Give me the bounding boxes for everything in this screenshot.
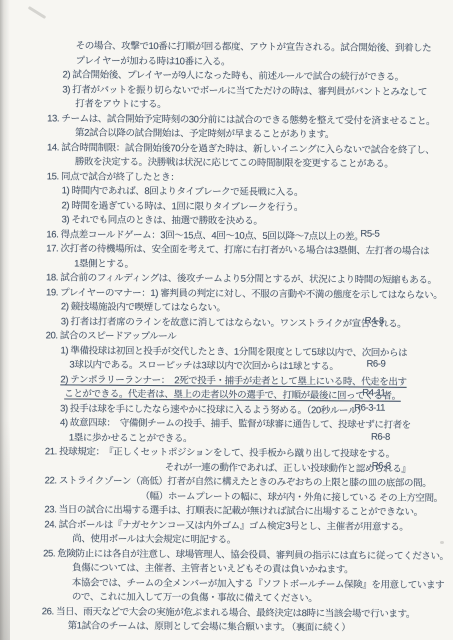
rules-text-block: その場合、攻撃で10番に打順が回る都度、アウトが宣告される。試合開始後、到着した… xyxy=(0,0,453,640)
line-text: 3) それでも同点のときは、抽選で勝敗を決める。 xyxy=(61,211,262,226)
line-text: 第1試合のチームは、原則として会場に集合願います。 xyxy=(68,617,291,633)
line-text: 1) 時間内であれば、8回よりタイブレークで延長戦に入る。 xyxy=(62,182,304,198)
line-text: 2) 競技場施設内で喫煙してはならない。 xyxy=(61,298,226,313)
line-text: 勝敗を決定する。決勝戦は状況に応じてこの時間制限を変更することがある。 xyxy=(75,154,394,170)
line-text: 打者をアウトにする。 xyxy=(75,96,166,111)
line-text: 第2試合以降の試合開始は、予定時刻が早まることがあります。 xyxy=(75,125,334,141)
line-text: 3) 投手は球を手にしたなら速やかに投球に入るよう努める。（20秒ルール） xyxy=(60,400,366,416)
rule-code-label: R5-5 xyxy=(360,228,379,239)
line-text: 2) 時間を過ぎている時は、1回に限りタイブレークを行う。 xyxy=(62,197,304,213)
scanned-document-page: その場合、攻撃で10番に打順が回る都度、アウトが宣告される。試合開始後、到着した… xyxy=(0,0,453,640)
rule-code-label: R6-3-11 xyxy=(354,402,385,413)
line-text: プレイヤーが加わる時は10番に入る。 xyxy=(76,52,231,67)
continued-note: （裏面に続く） xyxy=(287,619,351,633)
line-text: 1塁に歩かせることができる。 xyxy=(69,429,192,444)
line-text: 負傷については、主催者、主管者といえどもその責は負いかねます。 xyxy=(72,560,353,576)
line-text: （幅）ホームプレートの幅に、球が内・外角に接している その上方空間。 xyxy=(141,487,443,503)
line-text: 1塁側とする。 xyxy=(74,255,134,269)
rule-code-label: R6-9 xyxy=(366,359,385,370)
line-text: 3球以内である。スローピッチは3球以内で次回からは1球とする。 xyxy=(69,356,338,372)
document-line: 第1試合のチームは、原則として会場に集合願います。（裏面に続く） xyxy=(0,617,449,634)
line-text: 15. 同点で試合が終了したとき： xyxy=(47,168,180,183)
line-text: 16. 得点差コールドゲーム：3回～15点、4回～10点、5回以降～7点以上の差… xyxy=(46,226,363,242)
rule-code-label: R6-8 xyxy=(371,431,390,442)
line-text: 尚、使用ボールは大会規定に明記する。 xyxy=(72,531,236,546)
line-text: 20. 試合のスピードアップルール xyxy=(46,327,177,342)
rule-code-label: R4-8 xyxy=(365,315,384,326)
rule-code-label: R6-3 xyxy=(372,460,391,471)
rule-code-label: R4-11 xyxy=(362,388,385,399)
line-text: ので、これに加入して万一の負傷・事故に備えてください。 xyxy=(72,589,318,605)
